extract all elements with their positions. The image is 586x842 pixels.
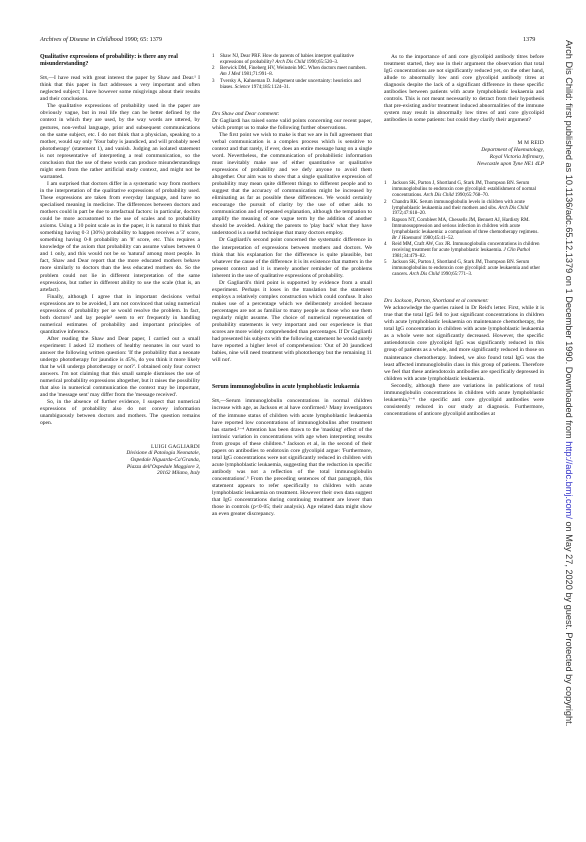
- reply-heading: Drs Jackson, Parton, Shortland et al com…: [384, 298, 544, 305]
- journal-name: Archives of Disease in Childhood: [40, 36, 123, 43]
- affiliation-line: Department of Haematology,: [384, 147, 544, 154]
- paragraph: After reading the Shaw and Dear paper, I…: [40, 336, 200, 399]
- paragraph: Secondly, although there are variations …: [384, 383, 544, 418]
- paragraph: So, in the absence of further evidence, …: [40, 399, 200, 427]
- reference-list: 1Shaw NJ, Dear PRF. How do parents of ba…: [212, 54, 372, 91]
- paragraph: Dr Gagliardi's second point concerned th…: [212, 237, 372, 279]
- paragraph: As to the importance of anti core glycol…: [384, 54, 544, 124]
- affiliation-line: Royal Victoria Infirmary,: [384, 154, 544, 161]
- affiliation-line: Divisione di Patologia Neonatale,: [40, 450, 200, 457]
- journal-link[interactable]: http://adc.bmj.com/: [564, 441, 574, 519]
- page-number: 1379: [523, 36, 535, 43]
- signature-block: LUIGI GAGLIARDI Divisione di Patologia N…: [40, 444, 200, 478]
- letter-title: Qualitative expressions of probability: …: [40, 54, 200, 68]
- paragraph: We acknowledge the queries raised in Dr …: [384, 305, 544, 383]
- journal-citation: 1990; 65: 1379: [123, 36, 162, 43]
- affiliation-line: Ospedale Niguarda-Ca'Granda,: [40, 457, 200, 464]
- paragraph: Finally, although I agree that in import…: [40, 294, 200, 336]
- download-notice: Arch Dis Child: first published as 10.11…: [560, 40, 574, 800]
- column-2: 1Shaw NJ, Dear PRF. How do parents of ba…: [212, 54, 372, 518]
- reference-item: 3Rapson NT, Cornbleet MA, Chessells JM, …: [384, 218, 544, 242]
- column-1: Qualitative expressions of probability: …: [40, 54, 200, 477]
- reference-list: 1Jackson SK, Parton J, Shortland G, Star…: [384, 181, 544, 278]
- reference-item: 1Shaw NJ, Dear PRF. How do parents of ba…: [212, 54, 372, 66]
- affiliation-line: Piazza dell'Ospedale Maggiore 3,: [40, 464, 200, 471]
- paragraph: The first point we wish to make is that …: [212, 132, 372, 238]
- paragraph: The qualitative expressions of probabili…: [40, 103, 200, 181]
- affiliation-line: 20162 Milano, Italy: [40, 470, 200, 477]
- letter-title: Serum immunoglobulins in acute lymphobla…: [212, 384, 372, 391]
- paragraph: Sir,—Serum immunoglobulin concentrations…: [212, 398, 372, 518]
- reference-item: 2Chandra RK. Serum immunoglobulin levels…: [384, 200, 544, 218]
- reference-item: 5Jackson SK, Parton J, Shortland G, Star…: [384, 260, 544, 278]
- reference-item: 2Berwick DM, Fineberg HV, Weinstein MC. …: [212, 66, 372, 78]
- paragraph: Sir,—I have read with great interest the…: [40, 75, 200, 103]
- paragraph: I am surprised that doctors differ in a …: [40, 181, 200, 294]
- paragraph: Dr Gagliardi's third point is supported …: [212, 280, 372, 365]
- column-3-content: As to the importance of anti core glycol…: [384, 54, 544, 418]
- running-head: Archives of Disease in Childhood 1990; 6…: [40, 36, 162, 43]
- author-name: LUIGI GAGLIARDI: [40, 444, 200, 451]
- reference-item: 3Tversky A, Kahneman D. Judgement under …: [212, 79, 372, 91]
- paragraph: Dr Gagliardi has raised some valid point…: [212, 118, 372, 132]
- reply-heading: Drs Shaw and Dear comment:: [212, 111, 372, 118]
- reference-item: 4Reid MM, Craft AW, Cox JR. Immunoglobul…: [384, 242, 544, 260]
- signature-block: M M REID Department of Haematology, Roya…: [384, 140, 544, 167]
- reference-item: 1Jackson SK, Parton J, Shortland G, Star…: [384, 181, 544, 199]
- affiliation-line: Newcastle upon Tyne NE1 4LP: [384, 161, 544, 168]
